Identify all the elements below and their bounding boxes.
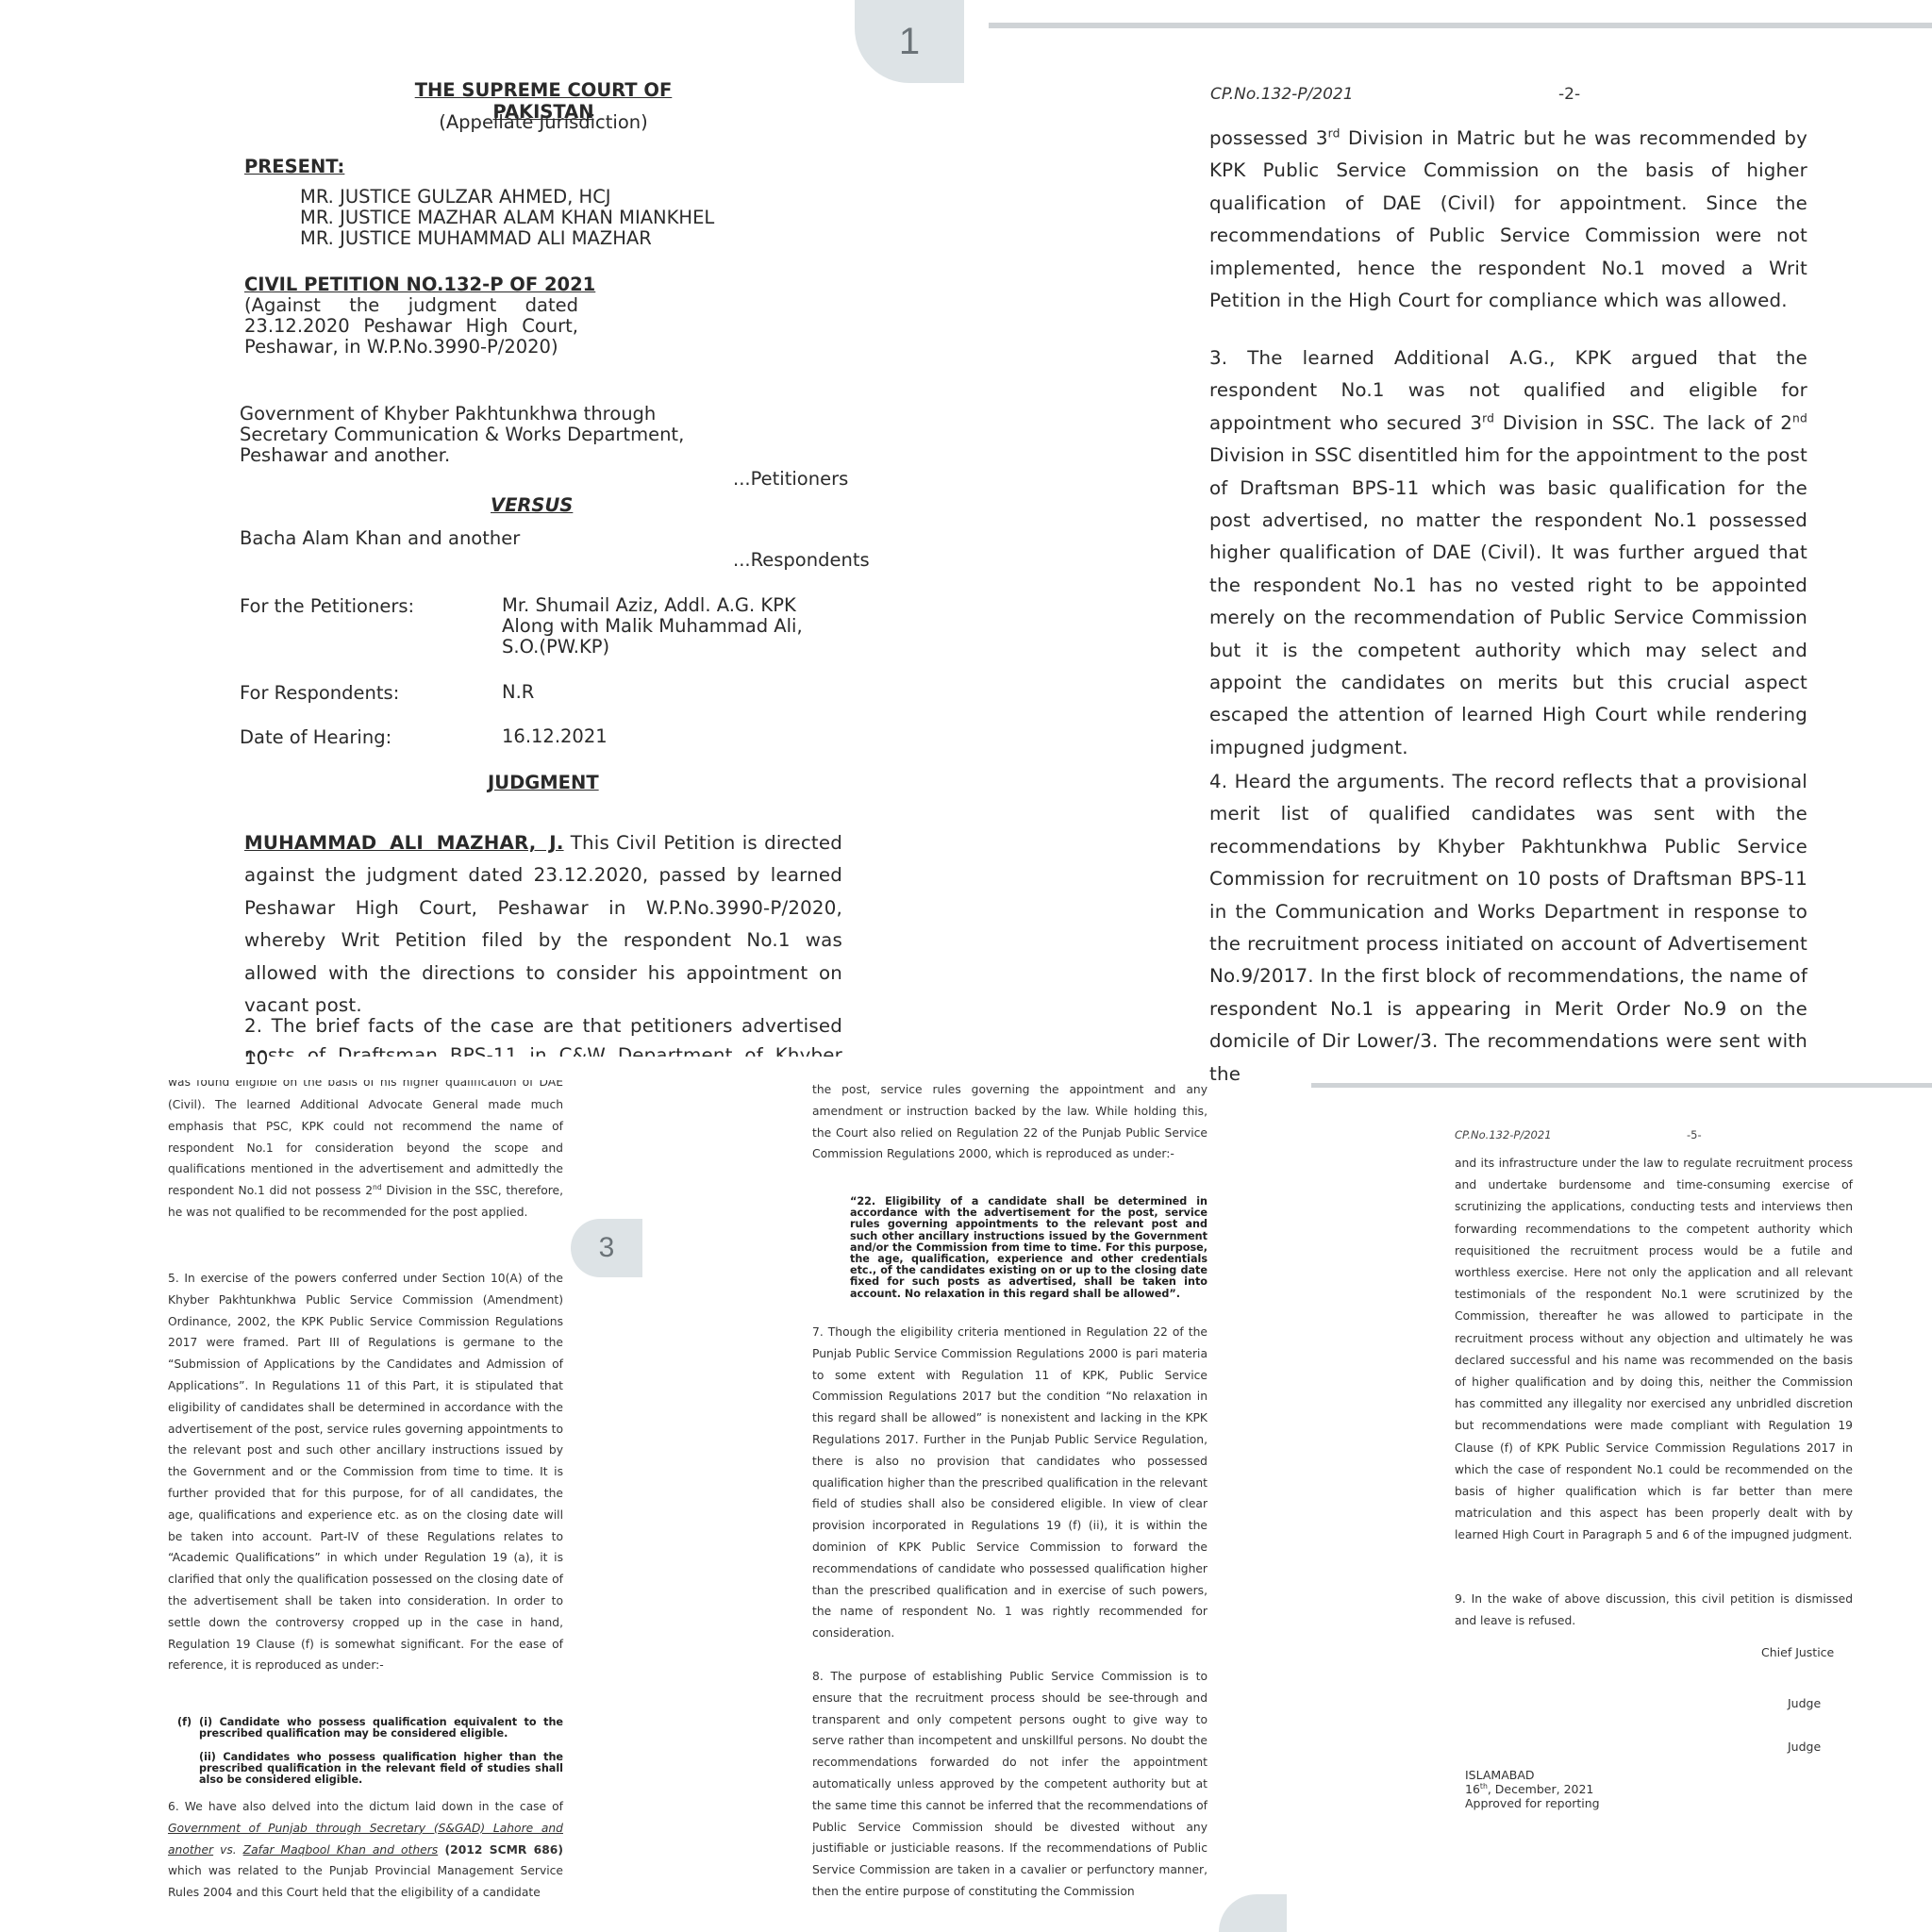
respondent-name: Bacha Alam Khan and another [240,528,520,549]
text: , December, 2021 [1488,1782,1594,1796]
text: possessed 3 [1209,127,1328,149]
counsel-line: Along with Malik Muhammad Ali, [502,616,803,637]
paragraph-text: This Civil Petition is directed against … [244,832,842,1016]
text: 16 [1465,1782,1480,1796]
judge-name: MR. JUSTICE MAZHAR ALAM KHAN MIANKHEL [300,208,714,228]
page-number-label: -5- [1687,1128,1702,1141]
paragraph-8-cont: and its infrastructure under the law to … [1455,1153,1853,1547]
author-name: MUHAMMAD ALI MAZHAR, J. [244,832,564,854]
against-note: (Against the judgment dated 23.12.2020 P… [244,295,578,358]
text: Division in SSC. The lack of 2 [1494,412,1792,434]
paragraph-4-cont: (Civil). The learned Additional Advocate… [168,1094,563,1224]
place: ISLAMABAD [1465,1768,1600,1782]
paragraph-2-cut: posts of Draftsman BPS-11 in C&W Departm… [244,1040,842,1057]
text: which was related to the Punjab Provinci… [168,1864,563,1899]
paragraph-2-cont: possessed 3rd Division in Matric but he … [1209,123,1807,317]
case-reference: CP.No.132-P/2021 [1210,85,1354,104]
for-petitioners-value: Mr. Shumail Aziz, Addl. A.G. KPK Along w… [502,595,803,658]
hearing-date-value: 16.12.2021 [502,726,608,747]
case-citation-link[interactable]: Zafar Maqbool Khan and others [243,1843,439,1857]
paragraph-text: posts of Draftsman BPS-11 in C&W Departm… [244,1040,842,1057]
paragraph-6: 6. We have also delved into the dictum l… [168,1796,563,1904]
against-line: Peshawar, in W.P.No.3990-P/2020) [244,337,578,358]
superscript: rd [1482,411,1494,425]
text: Division in SSC disentitled him for the … [1209,444,1807,758]
judgment-date: 16th, December, 2021 [1465,1782,1600,1796]
superscript: rd [1328,126,1341,140]
versus-label: VERSUS [491,494,573,516]
regulation-22-quote: “22. Eligibility of a candidate shall be… [850,1196,1207,1300]
signature-judge: Judge [1788,1740,1821,1754]
for-respondents-value: N.R [502,682,534,703]
text: (i) Candidate who possess qualification … [199,1716,563,1740]
superscript: nd [1792,411,1807,425]
cut-line: was found eligible on the basis of his h… [168,1080,563,1093]
counsel-line: S.O.(PW.KP) [502,637,803,658]
petitioner-line: Government of Khyber Pakhtunkhwa through [240,404,684,425]
text: 6. We have also delved into the dictum l… [168,1800,563,1813]
paragraph-5: 5. In exercise of the powers conferred u… [168,1268,563,1676]
page-number: 3 [599,1232,615,1264]
for-petitioners-label: For the Petitioners: [240,595,414,617]
paragraph-8: 8. The purpose of establishing Public Se… [812,1666,1207,1903]
clause-i: (i) Candidate who possess qualification … [199,1717,563,1740]
paragraph-4: 4. Heard the arguments. The record refle… [1209,766,1807,1091]
for-respondents-label: For Respondents: [240,682,399,704]
approval-note: Approved for reporting [1465,1796,1600,1810]
clause-label: (f) [177,1717,192,1728]
signature-chief-justice: Chief Justice [1761,1645,1834,1659]
place-date-block: ISLAMABAD 16th, December, 2021 Approved … [1465,1768,1600,1810]
citation: (2012 SCMR 686) [438,1843,563,1857]
judge-name: MR. JUSTICE MUHAMMAD ALI MAZHAR [300,228,714,249]
present-label: PRESENT: [244,156,344,177]
hearing-date-label: Date of Hearing: [240,726,391,748]
paragraph-3: 3. The learned Additional A.G., KPK argu… [1209,342,1807,764]
petition-title: CIVIL PETITION NO.132-P OF 2021 [244,274,595,295]
petitioner-line: Peshawar and another. [240,445,684,466]
page-number-tab-partial [1219,1894,1287,1932]
clause-ii: (ii) Candidates who possess qualificatio… [199,1752,563,1787]
petitioner-line: Secretary Communication & Works Departme… [240,425,684,445]
petitioners-block: Government of Khyber Pakhtunkhwa through… [240,404,684,466]
text: (Civil). The learned Additional Advocate… [168,1098,563,1197]
counsel-line: Mr. Shumail Aziz, Addl. A.G. KPK [502,595,803,616]
page-divider [989,23,1932,28]
signature-judge: Judge [1788,1696,1821,1710]
superscript: nd [373,1183,382,1191]
judgment-heading: JUDGMENT [488,772,599,793]
superscript: th [1480,1782,1488,1790]
jurisdiction: (Appellate Jurisdiction) [364,111,723,133]
page-number-label: -2- [1558,85,1580,104]
paragraph-6-cont: the post, service rules governing the ap… [812,1079,1207,1165]
judge-name: MR. JUSTICE GULZAR AHMED, HCJ [300,187,714,208]
page-number-tab-3: 3 [571,1219,642,1277]
paragraph-9: 9. In the wake of above discussion, this… [1455,1589,1853,1632]
page-number-tab-1: 1 [855,0,964,83]
paragraph-1: MUHAMMAD ALI MAZHAR, J. This Civil Petit… [244,827,842,1022]
text: was found eligible on the basis of his h… [168,1080,563,1093]
text: vs. [213,1843,243,1857]
respondents-role: ...Respondents [733,550,870,571]
page-number: 1 [899,21,920,63]
bench-list: MR. JUSTICE GULZAR AHMED, HCJ MR. JUSTIC… [300,187,714,249]
against-line: 23.12.2020 Peshawar High Court, [244,316,578,337]
paragraph-7: 7. Though the eligibility criteria menti… [812,1322,1207,1644]
case-reference: CP.No.132-P/2021 [1455,1128,1552,1141]
petitioners-role: ...Petitioners [733,469,848,490]
against-line: (Against the judgment dated [244,295,578,316]
text: Division in Matric but he was recommende… [1209,127,1807,311]
